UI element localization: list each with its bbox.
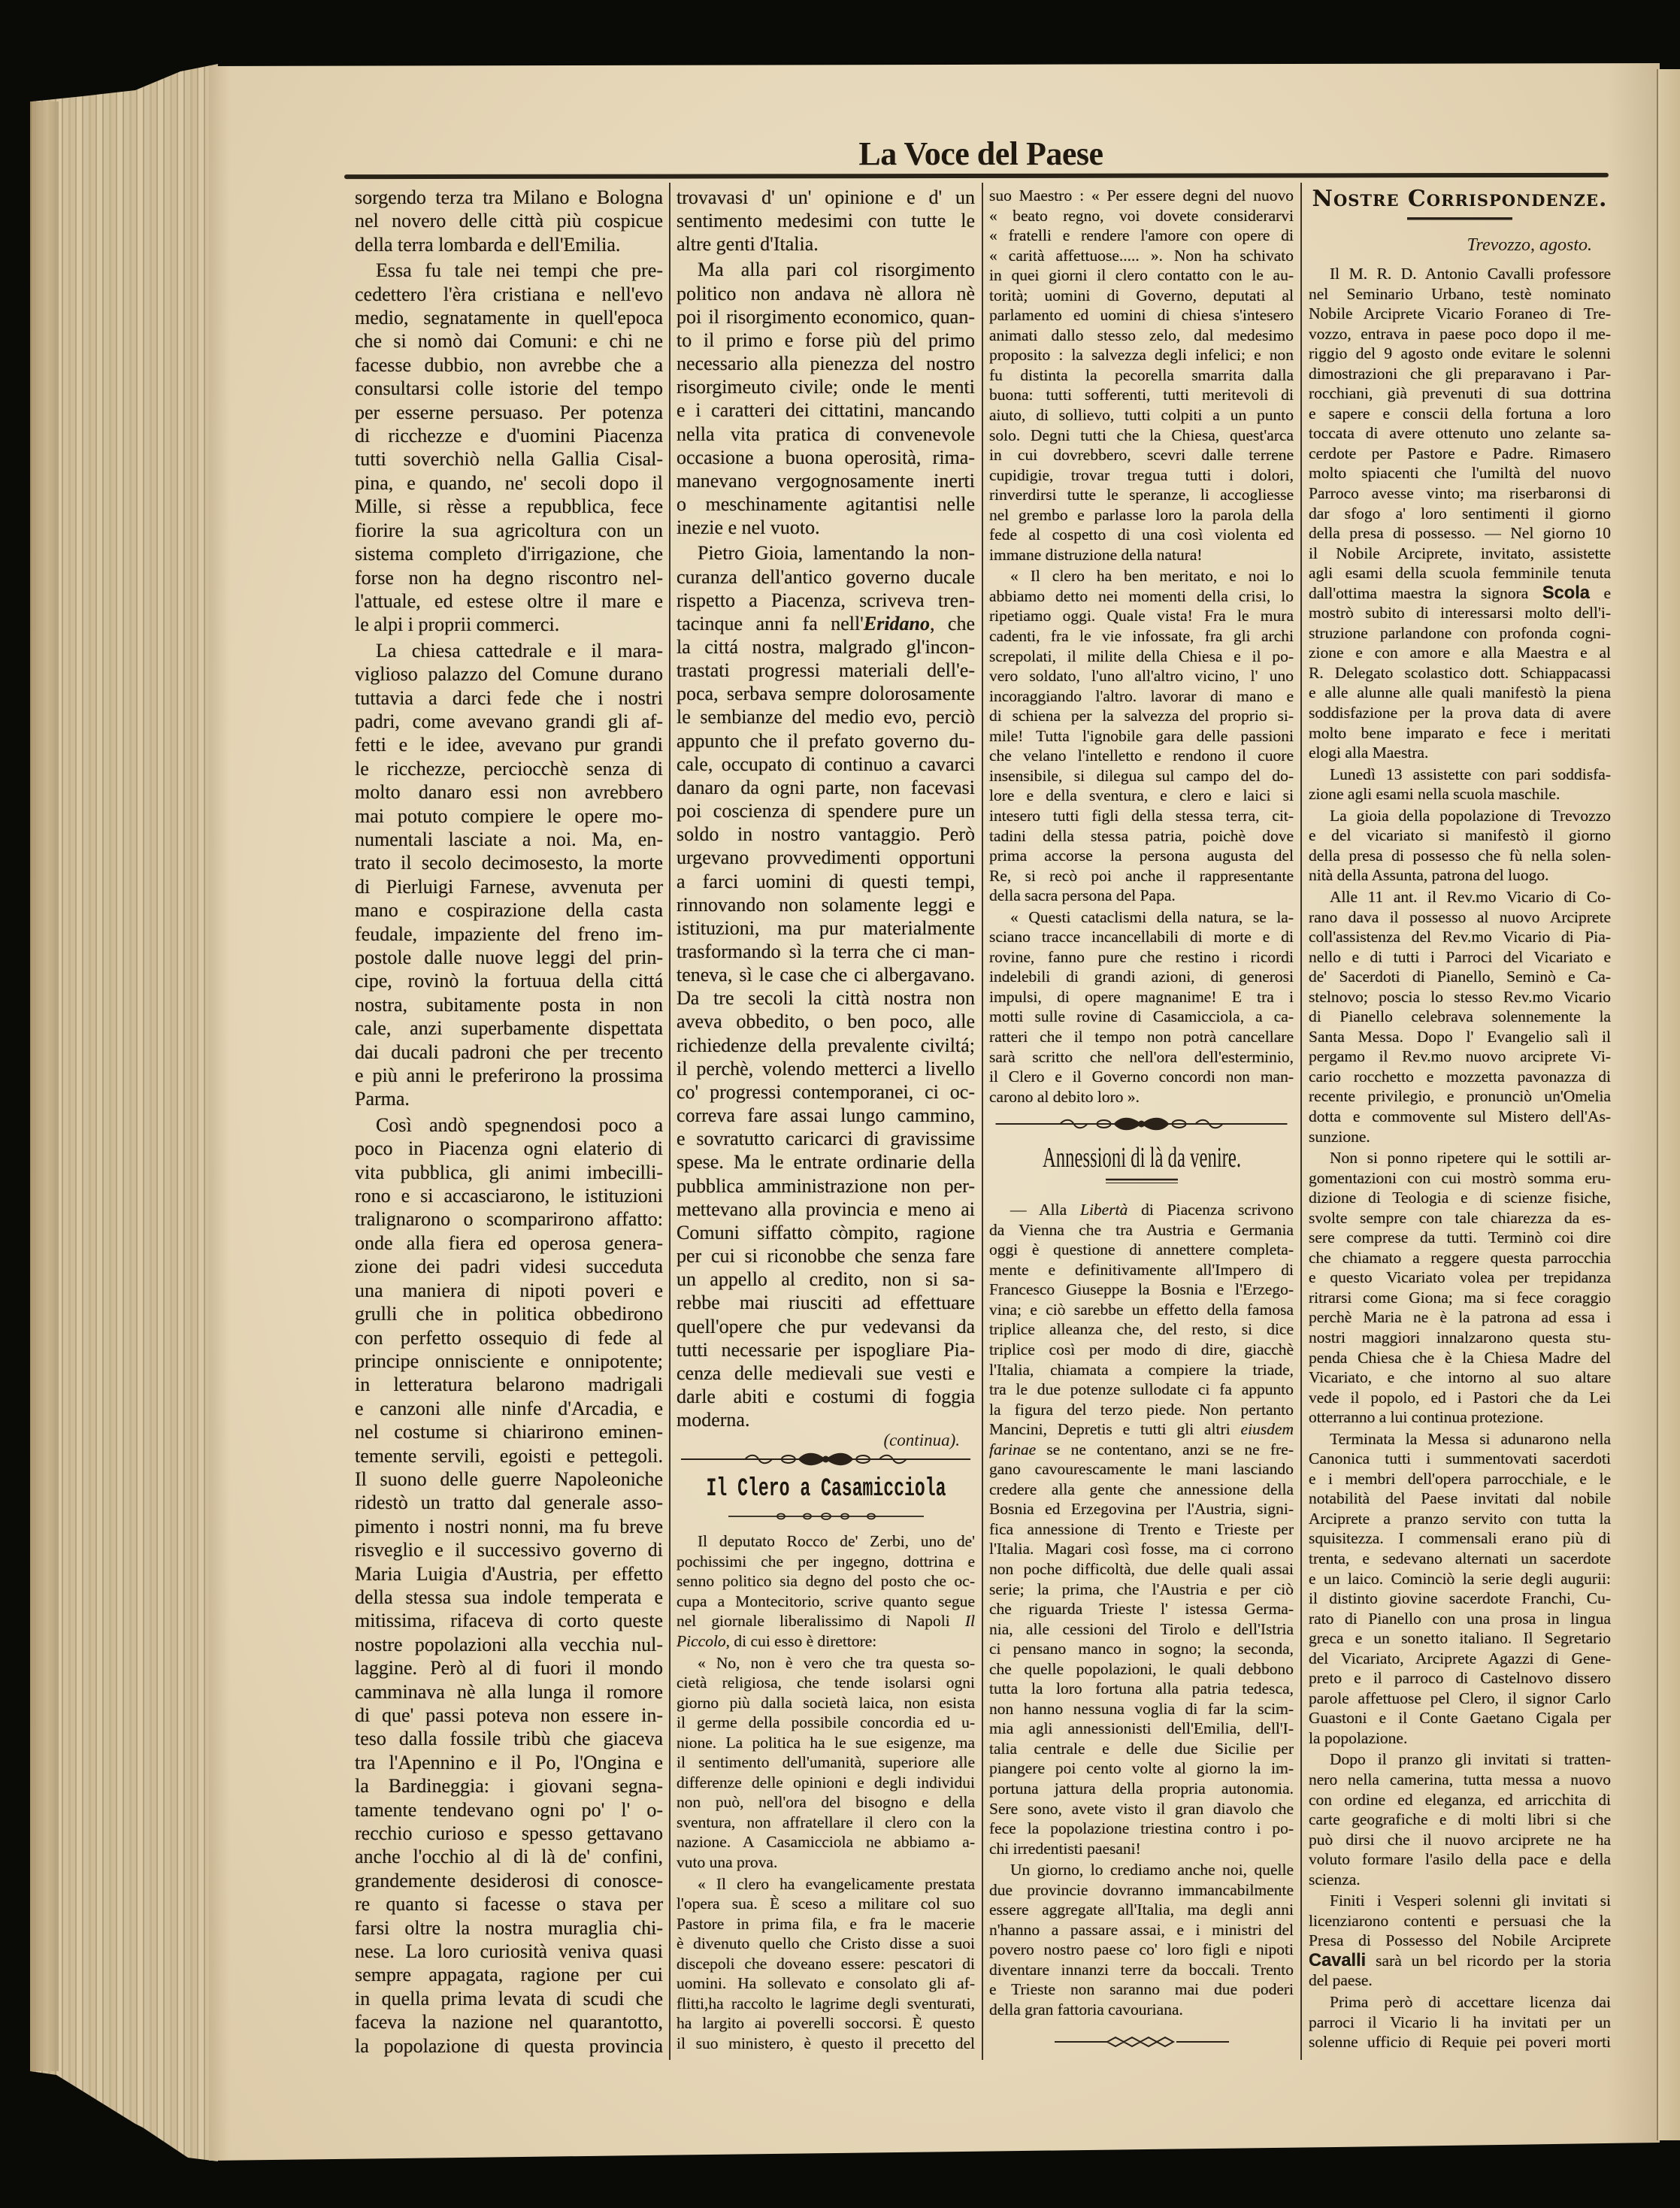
text-line: moderna. [677, 1408, 975, 1431]
text-line: incoraggiando l'altro. lavorar di mano e [989, 686, 1294, 707]
text-line: da Vienna che tra Austria e Germania [989, 1220, 1294, 1240]
text-line: poi il risorgimento economico, quan- [677, 305, 975, 329]
text-line: squisitezza. I commensali erano più di [1309, 1528, 1611, 1549]
text-line: temente servili, egoisti e pettegoli. [355, 1444, 663, 1467]
text-line: le alpi i proprii commerci. [355, 613, 663, 636]
text-line: vero soldato, l'uno all'altro vicino, l'… [989, 666, 1294, 686]
text-line: mai potuto compiere le opere mo- [355, 804, 663, 828]
text-line: discepoli che doveano essere: pescatori … [677, 1954, 975, 1974]
ornament-graphic [1407, 217, 1512, 220]
text-line: è divenuto quello che Cristo disse a suo… [677, 1934, 975, 1954]
text-line: giorno più dalla società laica, non esis… [677, 1693, 975, 1713]
text-line: in quei giorni il clero contatto con le … [989, 265, 1294, 286]
text-line: feudale, impaziente del freno im- [355, 922, 663, 946]
text-line: tacinque anni fa nell'Eridano, che [677, 612, 975, 635]
text-run: tacinque anni fa nell' [677, 613, 864, 635]
text-line: dotta e commovente sul Mistero dell'As- [1309, 1107, 1611, 1127]
text-line: vozzo, entrava in paese poco dopo il me- [1309, 324, 1611, 344]
text-line: tutti soverchiò nella Gallia Cisal- [355, 447, 663, 471]
text-line: e i caratteri dei cittatini, mancando [677, 398, 975, 422]
text-line: « Il clero ha evangelicamente prestata [677, 1874, 975, 1895]
text-line: correva fare assai lungo cammino, [677, 1104, 975, 1127]
text-line: soldo in nostro vantaggio. Però [677, 822, 975, 846]
text-line: principe onnisciente e onnipotente; [355, 1349, 663, 1373]
text-line: il suo ministero, è questo il precetto d… [677, 2034, 975, 2054]
article-title-text: Annessioni di là da venire. [1042, 1144, 1240, 1171]
text-line: vina; e ciò sarebbe un effetto della fam… [989, 1300, 1294, 1320]
text-line: nazione. A Casamicciola ne abbiamo a- [677, 1832, 975, 1852]
text-line: otterranno a lui continua protezione. [1309, 1407, 1611, 1428]
text-line: può dirsi che il nuovo arciprete ne ha [1309, 1830, 1611, 1850]
text-line: Canonica tutti i summentovati sacerdoti [1309, 1449, 1611, 1469]
text-run: Mancini, Depretis e tutti gli altri [989, 1420, 1241, 1438]
text-line: la cittá nostra, malgrado gl'incon- [677, 635, 975, 659]
text-line: toccata di avere ottenuto uno zelante sa… [1309, 423, 1611, 444]
text-line: della presa di possesso. — Nel giorno 10 [1309, 523, 1611, 544]
text-line: la popolazione. [1309, 1728, 1611, 1749]
column-2: trovavasi d' un' opinione e d' unsentime… [677, 186, 975, 2054]
text-line: nel novero delle città più cospicue [355, 209, 663, 232]
text-line: immane distruzione della natura! [989, 545, 1294, 565]
text-line: onde alla fiera ed operosa genera- [355, 1231, 663, 1255]
text-line: nel grembo e parlasse loro la parola del… [989, 505, 1294, 525]
text-line: Comuni siffatto còmpito, ragione [677, 1221, 975, 1244]
text-line: sere comprese da tutti. Terminò coi dire [1309, 1228, 1611, 1248]
text-line: un appello al credito, non si sa- [677, 1268, 975, 1291]
text-line: le sembianze del medio evo, perciò [677, 705, 975, 728]
italic-title: Libertà [1080, 1201, 1128, 1219]
text-line: triplice alleanza che, del resto, si dic… [989, 1319, 1294, 1340]
text-line: greca e un sonetto italiano. Il Segretar… [1309, 1628, 1611, 1649]
text-line: Mancini, Depretis e tutti gli altri eius… [989, 1419, 1294, 1440]
text-line: piangere poi cento volte al giorno la im… [989, 1758, 1294, 1779]
paragraph: Alle 11 ant. il Rev.mo Vicario di Co-ran… [1309, 887, 1611, 1146]
text-line: flitti,ha raccolto le lagrime degli sven… [677, 1994, 975, 2014]
text-line: ridestò un tratto dal generale asso- [355, 1491, 663, 1514]
text-line: re quanto si facesse o stava per [355, 1892, 663, 1916]
text-line: cario rocchetto e mozzetta pavonazza di [1309, 1067, 1611, 1087]
text-line: Cavalli sarà un bel ricordo per la stori… [1309, 1951, 1611, 1971]
text-line: triplice così per modo di dire, giacchè [989, 1340, 1294, 1360]
paragraph: Il M. R. D. Antonio Cavalli professorene… [1309, 264, 1611, 763]
text-line: inezie e nel vuoto. [677, 516, 975, 539]
text-line: e questo Vicariato volea per trepidanza [1309, 1268, 1611, 1288]
text-line: sorgendo terza tra Milano e Bologna [355, 186, 663, 209]
section-header: Nostre Corrispondenze. [1309, 186, 1611, 213]
text-line: e alle alunne alle quali manifestò la pi… [1309, 683, 1611, 703]
text-line: nello e di tutti i Parroci del Vicariato… [1309, 947, 1611, 968]
text-line: stelnovo; poscia lo stesso Rev.mo Vicari… [1309, 987, 1611, 1007]
text-line: mano e cospirazione della casta [355, 898, 663, 922]
text-line: poca, serbava sempre dolorosamente [677, 682, 975, 705]
text-line: di schiena per la salvezza del proprio s… [989, 706, 1294, 726]
text-line: Mille, si rèsse a repubblica, fece [355, 495, 663, 518]
ornament-graphic [1106, 1178, 1178, 1184]
text-line: e i membri dell'opera parrocchiale, e le [1309, 1469, 1611, 1489]
text-line: la popolazione di questa provincia [355, 2034, 663, 2058]
text-line: spese. Ma le entrate ordinarie della [677, 1150, 975, 1174]
text-line: chi irredentisti paesani! [989, 1839, 1294, 1859]
text-line: Santa Messa. Dopo l' Evangelio salì il [1309, 1027, 1611, 1047]
emphasized-name: Scola [1542, 583, 1590, 603]
text-line: molto bene imparato e fece i meritati [1309, 723, 1611, 744]
text-line: una maniera di nipoti poveri e [355, 1279, 663, 1302]
paragraph: suo Maestro : « Per essere degni del nuo… [989, 186, 1294, 565]
text-line: il distinto giovine sacerdote Franchi, C… [1309, 1589, 1611, 1609]
text-line: Francesco Giuseppe la Bosnia e l'Erzego- [989, 1280, 1294, 1300]
paragraph: « Il clero ha evangelicamente prestatal'… [677, 1874, 975, 2054]
text-line: poco in Piacenza ogni elaterio di [355, 1137, 663, 1160]
text-line: notabilità del Paese invitati dal nobile [1309, 1489, 1611, 1509]
text-line: molto spiacenti che l'umiltà del nuovo [1309, 463, 1611, 483]
text-line: agli esami della scuola femminile tenuta [1309, 563, 1611, 583]
text-line: svolte sempre con tale chiarezza da es- [1309, 1208, 1611, 1228]
text-line: due provincie dovranno immancabilmente [989, 1880, 1294, 1901]
swirl-ornament-divider [677, 1449, 975, 1469]
text-line: trenta, e sedevano alternati un sacerdot… [1309, 1549, 1611, 1569]
text-line: con ordine ed eleganza, ed arricchita di [1309, 1790, 1611, 1810]
text-line: anche l'occhio al di là de' confini, [355, 1845, 663, 1868]
text-line: nia, alle cessioni del Tirolo e dell'Ist… [989, 1619, 1294, 1640]
text-line: ci pensano manco in sogno; la seconda, [989, 1639, 1294, 1659]
text-line: parlamento ed uomini di chiesa s'inteser… [989, 305, 1294, 326]
text-line: riggio del 9 agosto onde evitare le sole… [1309, 344, 1611, 364]
italic-title: Eridano [864, 613, 930, 635]
text-line: tra l'Apennino e il Po, l'Ongina e [355, 1751, 663, 1774]
text-line: abbiamo detto nei momenti della crisi, l… [989, 586, 1294, 607]
text-line: nese. La loro curiosità veniva quasi [355, 1940, 663, 1963]
text-line: non può, nell'ora del bisogno e della [677, 1792, 975, 1813]
text-line: animati dallo stesso zelo, dal medesimo [989, 326, 1294, 346]
text-line: cupa a Montecitorio, scrive quanto segue [677, 1592, 975, 1612]
text-line: parole affettuose pel Clero, il signor C… [1309, 1689, 1611, 1709]
text-line: del paese. [1309, 1970, 1611, 1991]
text-line: Il deputato Rocco de' Zerbi, uno de' [677, 1531, 975, 1552]
text-line: suo Maestro : « Per essere degni del nuo… [989, 186, 1294, 206]
text-line: solenne ufficio di Requie pei poveri mor… [1309, 2032, 1611, 2052]
text-line: dai ducali padroni che per trecento [355, 1040, 663, 1064]
text-line: sunzione. [1309, 1127, 1611, 1147]
text-line: camminava nè alla lunga il romore [355, 1680, 663, 1704]
text-line: cedettero l'èra cristiana e nell'evo [355, 283, 663, 306]
text-line: to il primo e forse più del primo [677, 329, 975, 352]
text-line: nel giornale liberalissimo di Napoli Il [677, 1611, 975, 1631]
text-line: del Vicariato, Arciprete Agazzi di Gene- [1309, 1649, 1611, 1669]
text-line: differenze delle opinioni e degli indivi… [677, 1773, 975, 1793]
text-line: cenza delle medievali sue vesti e [677, 1361, 975, 1385]
text-line: aveva obbedito, o ben poco, alle [677, 1010, 975, 1033]
text-run: sarà un bel ricordo per la storia [1366, 1952, 1611, 1970]
text-line: « carità affettuose..... ». Non ha schiv… [989, 246, 1294, 266]
text-line: della sacra persona del Papa. [989, 886, 1294, 906]
text-line: Il suono delle guerre Napoleoniche [355, 1467, 663, 1491]
text-line: soddisfazione per la prova data di avere [1309, 703, 1611, 723]
text-line: cerdote per Pastore e Padre. Rimasero [1309, 444, 1611, 464]
text-line: aiuto, di sollievo, tutti colpiti a un p… [989, 405, 1294, 426]
text-line: sistema completo d'irrigazione, che [355, 542, 663, 565]
text-run: , di cui esso è direttore: [726, 1632, 877, 1650]
text-run: se ne contentano, anzi se ne fre- [1036, 1440, 1294, 1458]
text-line: Terminata la Messa si adunarono nella [1309, 1429, 1611, 1449]
text-line: scienza. [1309, 1870, 1611, 1890]
column-separator [1300, 183, 1302, 2060]
text-line: talia centrale e delle due Sicilie per [989, 1739, 1294, 1759]
text-line: portuna jattura della propria autonomia. [989, 1779, 1294, 1799]
paragraph: Finiti i Vesperi solenni gli invitati si… [1309, 1891, 1611, 1991]
text-line: nella vita pratica di convenevole [677, 423, 975, 446]
text-line: trato il secolo decimosesto, la morte [355, 851, 663, 874]
text-line: credere alla gente che annessione della [989, 1480, 1294, 1500]
emphasized-name: Cavalli [1309, 1951, 1366, 1970]
text-run: , che [930, 613, 975, 635]
text-line: Guastoni e il Conte Gaetano Cigala per [1309, 1708, 1611, 1728]
paragraph: Ma alla pari col risorgimentopolitico no… [677, 258, 975, 539]
text-line: medio, segnatamente in quell'epoca [355, 306, 663, 329]
text-line: ratteri che il tempo non potrà cancellar… [989, 1027, 1294, 1047]
text-line: cietà religiosa, che tende isolarsi ogni [677, 1673, 975, 1693]
text-line: sventura, non affratellare il clero con … [677, 1813, 975, 1833]
paragraph: Terminata la Messa si adunarono nellaCan… [1309, 1429, 1611, 1749]
text-line: serie; la prima, che l'Austria e per ciò [989, 1580, 1294, 1600]
text-line: nel Seminario Urbano, testè nominato [1309, 284, 1611, 304]
text-line: viglioso palazzo del Comune durano [355, 662, 663, 686]
text-line: dall'ottima maestra la signora Scola e [1309, 583, 1611, 604]
paragraph: sorgendo terza tra Milano e Bolognanel n… [355, 186, 663, 256]
text-line: R. Delegato scolastico dott. Schiappacas… [1309, 663, 1611, 683]
paragraph: Il deputato Rocco de' Zerbi, uno de'poch… [677, 1531, 975, 1651]
text-line: consultarsi colle istorie del tempo [355, 377, 663, 400]
text-line: che riguarda Trieste l' istessa Germa- [989, 1599, 1294, 1619]
text-line: e sovratutto caricarci di gravissime [677, 1127, 975, 1150]
text-line: postole dalle nuove leggi del prin- [355, 946, 663, 969]
text-line: rocchiani, già prevenuti di sua dottrina [1309, 383, 1611, 404]
text-line: molto danaro essi non avrebbero [355, 780, 663, 804]
text-line: che quelle popolazioni, le quali debbono [989, 1659, 1294, 1679]
text-line: l'opera sua. È sceso a militare col suo [677, 1894, 975, 1914]
text-line: farinae se ne contentano, anzi se ne fre… [989, 1440, 1294, 1460]
text-line: intesero tutti figli della stessa terra,… [989, 806, 1294, 826]
text-line: rovine, fanno pure che restino i ricordi [989, 947, 1294, 968]
text-line: zione agli esami nella scuola maschile. [1309, 784, 1611, 804]
text-line: curanza dell'antico governo ducale [677, 565, 975, 589]
text-line: Ma alla pari col risorgimento [677, 258, 975, 281]
text-line: rebbe mai riusciti ad effettuare [677, 1291, 975, 1314]
text-line: non hanno nessuna voglia di far la scim- [989, 1699, 1294, 1719]
text-line: teneva, sì le case che ci albergavano. [677, 963, 975, 986]
double-short-rule-divider [989, 1171, 1294, 1191]
paragraph: Essa fu tale nei tempi che pre-cedettero… [355, 259, 663, 637]
paragraph: Lunedì 13 assistette con pari soddisfa-z… [1309, 765, 1611, 804]
text-line: in letteratura belarono madrigali [355, 1373, 663, 1396]
text-line: « No, non è vero che tra questa so- [677, 1653, 975, 1673]
text-line: coll'assistenza del Rev.mo Vicario di Pi… [1309, 927, 1611, 947]
text-line: Pietro Gioia, lamentando la non- [677, 541, 975, 565]
text-line: Parma. [355, 1087, 663, 1110]
italic-title: farinae [989, 1440, 1036, 1458]
text-line: Parroco avesse vinto; ma riserbaronsi di [1309, 483, 1611, 504]
diamond-chain-ornament-divider [989, 2034, 1294, 2050]
text-line: preto e il parroco di Castelnovo dissero [1309, 1668, 1611, 1689]
text-line: fetti e le idee, avevano pur grandi [355, 733, 663, 756]
text-line: e un laico. Cominciò la serie degli augu… [1309, 1569, 1611, 1589]
text-line: Non si ponno ripetere qui le sottili ar- [1309, 1148, 1611, 1168]
text-line: mente e definitivamente all'Impero di [989, 1260, 1294, 1280]
text-line: in quella prima levata di scudi che [355, 1987, 663, 2010]
text-line: dar sfogo a' loro sentimenti il giorno [1309, 504, 1611, 524]
text-line: manevano vergognosamente inerti [677, 469, 975, 492]
text-line: fu distinta la pecorella smarrita dalla [989, 365, 1294, 386]
text-line: mile! Tutta l'ignobile gara delle passio… [989, 726, 1294, 747]
paragraph: Non si ponno ripetere qui le sottili ar-… [1309, 1148, 1611, 1428]
text-line: sentimento medesimi con tutte le [677, 209, 975, 232]
text-line: n'hanno a passare assai, e i ministri de… [989, 1920, 1294, 1940]
text-line: della presa di possesso che fù nella sol… [1309, 846, 1611, 866]
column-separator [669, 183, 670, 2060]
text-line: mitissima, rifaceva di corto queste [355, 1609, 663, 1632]
text-line: rono e si accasciarono, le istituzioni [355, 1184, 663, 1207]
column-separator [982, 183, 983, 2060]
text-line: e canzoni alle ninfe d'Arcadia, e [355, 1397, 663, 1420]
text-line: della stessa sua indole temperata e [355, 1586, 663, 1609]
text-line: e Trieste non saranno mai due poderi [989, 1979, 1294, 2000]
text-line: tamente tendevano ogni po' l' o- [355, 1798, 663, 1822]
text-line: faceva la nazione nel quarantotto, [355, 2010, 663, 2034]
text-line: rinnovando non solamente leggi e [677, 893, 975, 916]
text-line: parroci il Vicario li ha invitati per un [1309, 2013, 1611, 2033]
text-line: struzione parlandone con profonda cogni- [1309, 623, 1611, 644]
paragraph: La gioia della popolazione di Trevozzoe … [1309, 806, 1611, 886]
text-line: non poche difficoltà, due delle quali as… [989, 1559, 1294, 1580]
text-run: dall'ottima maestra la signora [1309, 584, 1542, 602]
text-line: mostrò subito di interessarsi molto dell… [1309, 603, 1611, 623]
text-line: risveglio e il successivo governo di [355, 1538, 663, 1561]
text-line: diventare innanzi terre da boccali. Tren… [989, 1960, 1294, 1980]
text-line: penda Chiesa che è la Chiesa Madre del [1309, 1348, 1611, 1368]
text-line: tra le due potenze sullodate ci fa appun… [989, 1380, 1294, 1400]
text-line: lore e della sventura, e clero e laici s… [989, 786, 1294, 806]
text-line: zione dei padri videsi succeduta [355, 1255, 663, 1278]
text-line: solo. Degni tutti che la Chiesa, quest'a… [989, 426, 1294, 446]
text-line: motti sulle rovine di Casamicciola, a ca… [989, 1007, 1294, 1027]
text-line: fede al cospetto di una così violenta ed [989, 525, 1294, 545]
paragraph: — Alla Libertà di Piacenza scrivonoda Vi… [989, 1200, 1294, 1858]
continued-note: (continua). [677, 1431, 975, 1449]
text-line: l'Italia. Magari così fosse, ma ci corro… [989, 1539, 1294, 1559]
text-line: zione e con amore e alla Maestra e al [1309, 643, 1611, 663]
text-line: di Pierluigi Farnese, avvenuta per [355, 875, 663, 898]
text-line: vita pubblica, gli animi imbecilli- [355, 1161, 663, 1184]
text-line: di ricchezze e d'uomini Piacenza [355, 424, 663, 447]
text-line: essere aggregate all'Italia, ma degli an… [989, 1900, 1294, 1920]
text-line: e più anni le preferirono la prossima [355, 1064, 663, 1087]
article-title-text: Il Clero a Casamicciola [706, 1474, 946, 1505]
text-line: la Bardineggia: i giovani segna- [355, 1774, 663, 1798]
text-line: screpolati, il milite della Chiesa e il … [989, 647, 1294, 667]
text-line: fica annessione di Trento e Trieste per [989, 1519, 1294, 1540]
text-line: di Pianello celebrava solennemente la [1309, 1007, 1611, 1027]
text-line: de' Sacerdoti di Pianello, Seminò e Ca- [1309, 967, 1611, 987]
text-line: tralignarono o scomparirono affatto: [355, 1207, 663, 1231]
text-line: prima accorse la persona augusta del [989, 846, 1294, 866]
text-line: facesse dubbio, non avrebbe che a [355, 353, 663, 377]
ornament-graphic [677, 1449, 975, 1469]
masthead-title: La Voce del Paese [755, 135, 1206, 173]
text-line: cupidigie, trovar tregua tutti i dolori, [989, 465, 1294, 486]
text-line: povero nostro paese co' loro figli e nip… [989, 1940, 1294, 1960]
text-line: ritrarsi come Giona; ma si fece coraggio [1309, 1288, 1611, 1308]
text-line: nità della Assunta, patrona del luogo. [1309, 865, 1611, 886]
text-line: La chiesa cattedrale e il mara- [355, 639, 663, 662]
text-line: che chiamato a reggere questa parrocchia [1309, 1248, 1611, 1268]
text-line: pubblica amministrazione non per- [677, 1174, 975, 1198]
text-line: Bosnia ed Erzegovina per l'Austria, sign… [989, 1499, 1294, 1519]
text-line: in cui dovrebbero, scevri dalle terrene [989, 445, 1294, 465]
text-line: senno politico sia degno del posto che o… [677, 1571, 975, 1592]
text-line: Piccolo, di cui esso è direttore: [677, 1631, 975, 1652]
text-line: forse non ha degno riscontro nel- [355, 566, 663, 589]
text-line: Presa di Possesso del Nobile Arciprete [1309, 1931, 1611, 1951]
column-3: suo Maestro : « Per essere degni del nuo… [989, 186, 1294, 2050]
column-1: sorgendo terza tra Milano e Bolognanel n… [355, 186, 663, 2058]
text-line: « Il clero ha ben meritato, e noi lo [989, 566, 1294, 586]
text-line: mia agli annessionisti dell'Emilia, dell… [989, 1719, 1294, 1739]
text-line: della gran fattoria cavouriana. [989, 2000, 1294, 2020]
text-line: Prima però di accettare licenza dai [1309, 1992, 1611, 2013]
text-line: Re, si recò poi anche il rappresentante [989, 866, 1294, 886]
text-line: nel costume si chiarirono eminen- [355, 1420, 663, 1443]
text-line: per cui si riconobbe che senza fare [677, 1244, 975, 1268]
text-line: Finiti i Vesperi solenni gli invitati si [1309, 1891, 1611, 1911]
text-line: torità; uomini di Governo, deputati al [989, 286, 1294, 306]
text-line: impulsi, di opere magnanime! E tra i [989, 987, 1294, 1007]
text-line: il Clero e il Governo concordi non man- [989, 1067, 1294, 1087]
text-line: « Questi cataclismi della natura, se la- [989, 907, 1294, 928]
text-run: e [1590, 584, 1611, 602]
text-line: La gioia della popolazione di Trevozzo [1309, 806, 1611, 826]
text-line: occasione a buona operosità, rima- [677, 446, 975, 469]
text-line: Da tre secoli la città nostra non [677, 986, 975, 1010]
paragraph: « Questi cataclismi della natura, se la-… [989, 907, 1294, 1107]
text-line: co' progressi contemporanei, ci oc- [677, 1080, 975, 1104]
ornament-graphic [989, 1114, 1294, 1134]
text-line: tutti necessarie per ispogliare Pia- [677, 1338, 975, 1361]
text-line: ha largito ai poverelli soccorsi. È ques… [677, 2013, 975, 2034]
text-line: darle abiti e costumi di foggia [677, 1385, 975, 1408]
text-line: Essa fu tale nei tempi che pre- [355, 259, 663, 282]
text-line: proposito : la salvezza degli infelici; … [989, 345, 1294, 365]
text-line: sciano tracce incancellabili di morte e … [989, 927, 1294, 947]
text-line: pergamo il Rev.mo nuovo arciprete Vi- [1309, 1046, 1611, 1067]
text-line: l'attuale, ed estese oltre il mare e [355, 589, 663, 613]
text-line: mettevano alla provincia e meno ai [677, 1198, 975, 1221]
text-line: il Nobile Arciprete, invitato, assistett… [1309, 544, 1611, 564]
text-line: appunto che il prefato governo du- [677, 729, 975, 753]
text-line: vede il popolo, ed i Pastori che da Lei [1309, 1388, 1611, 1408]
text-line: fiorire la sua agricoltura con un [355, 519, 663, 542]
text-line: trovavasi d' un' opinione e d' un [677, 186, 975, 209]
text-line: politico non andava nè allora nè [677, 282, 975, 305]
text-line: nostra, subitamente posta in non [355, 993, 663, 1016]
text-line: buona: tutti sofferenti, tutti meritevol… [989, 385, 1294, 405]
text-line: rispetto a Piacenza, scriveva tren- [677, 589, 975, 612]
text-line: e del vicariato si manifestò il giorno [1309, 825, 1611, 846]
paragraph: « No, non è vero che tra questa so-cietà… [677, 1653, 975, 1873]
paragraph: La chiesa cattedrale e il mara-viglioso … [355, 639, 663, 1111]
text-line: recchio curioso e spesso gettavano [355, 1822, 663, 1845]
text-line: cale, occupato di continuo a cavarci [677, 753, 975, 776]
article-title: Il Clero a Casamicciola [677, 1474, 975, 1505]
text-run: — Alla [1010, 1201, 1080, 1219]
